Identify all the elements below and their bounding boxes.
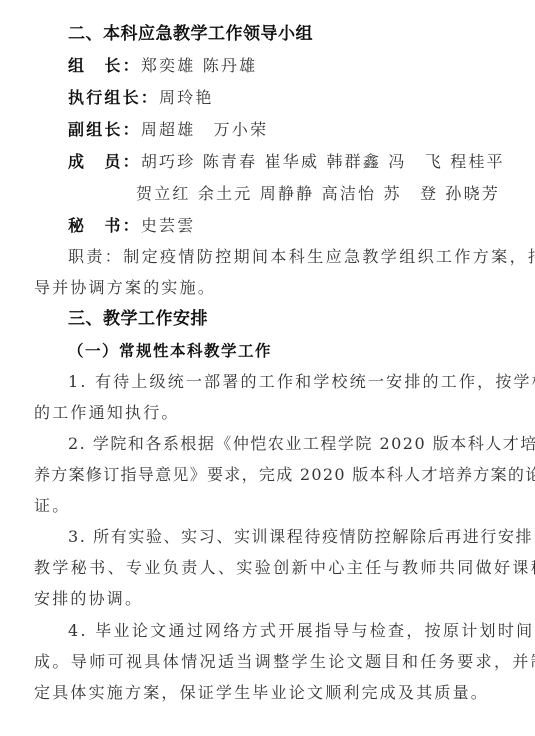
item-1-line-2: 的工作通知执行。 (34, 402, 180, 424)
leader-names: 郑奕雄 陈丹雄 (141, 56, 258, 75)
duty-line-2: 导并协调方案的实施。 (34, 277, 216, 299)
members-row: 成 员：胡巧珍 陈青春 崔华威 韩群鑫 冯 飞 程桂平 (68, 151, 505, 173)
item-3-line-1: 3. 所有实验、实习、实训课程待疫情防控解除后再进行安排； (68, 526, 535, 548)
item-3-line-3: 安排的协调。 (34, 588, 143, 610)
leader-label: 组 长： (68, 56, 141, 75)
item-2-line-3: 证。 (34, 495, 70, 517)
item-4-line-3: 定具体实施方案，保证学生毕业论文顺利完成及其质量。 (34, 682, 489, 704)
item-2-line-1: 2. 学院和各系根据《仲恺农业工程学院 2020 版本科人才培 (68, 433, 535, 455)
exec-leader-name: 周玲艳 (159, 88, 214, 107)
exec-leader-label: 执行组长： (68, 88, 159, 107)
subsection-1-heading: （一）常规性本科教学工作 (68, 340, 272, 362)
deputy-label: 副组长： (68, 120, 141, 139)
deputy-names: 周超雄 万小荣 (141, 120, 268, 139)
secretary-name: 史芸雲 (141, 216, 196, 235)
item-3-line-2: 教学秘书、专业负责人、实验创新中心主任与教师共同做好课程 (34, 557, 535, 579)
leader-row: 组 长：郑奕雄 陈丹雄 (68, 55, 257, 77)
section-3-heading: 三、教学工作安排 (68, 308, 208, 330)
secretary-row: 秘 书：史芸雲 (68, 215, 195, 237)
item-4-line-1: 4. 毕业论文通过网络方式开展指导与检查，按原计划时间完 (68, 620, 535, 642)
section-2-heading: 二、本科应急教学工作领导小组 (68, 23, 313, 45)
duty-line-1: 职责：制定疫情防控期间本科生应急教学组织工作方案，指 (68, 246, 535, 268)
secretary-label: 秘 书： (68, 216, 141, 235)
item-4-line-2: 成。导师可视具体情况适当调整学生论文题目和任务要求，并制 (34, 651, 535, 673)
members-label: 成 员： (68, 152, 141, 171)
deputy-leader-row: 副组长：周超雄 万小荣 (68, 119, 268, 141)
exec-leader-row: 执行组长：周玲艳 (68, 87, 214, 109)
members-names-1: 胡巧珍 陈青春 崔华威 韩群鑫 冯 飞 程桂平 (141, 152, 505, 171)
members-names-2: 贺立红 余土元 周静静 高洁怡 苏 登 孙晓芳 (136, 183, 500, 205)
item-2-line-2: 养方案修订指导意见》要求，完成 2020 版本科人才培养方案的论 (34, 464, 535, 486)
item-1-line-1: 1. 有待上级统一部署的工作和学校统一安排的工作，按学校 (68, 371, 535, 393)
